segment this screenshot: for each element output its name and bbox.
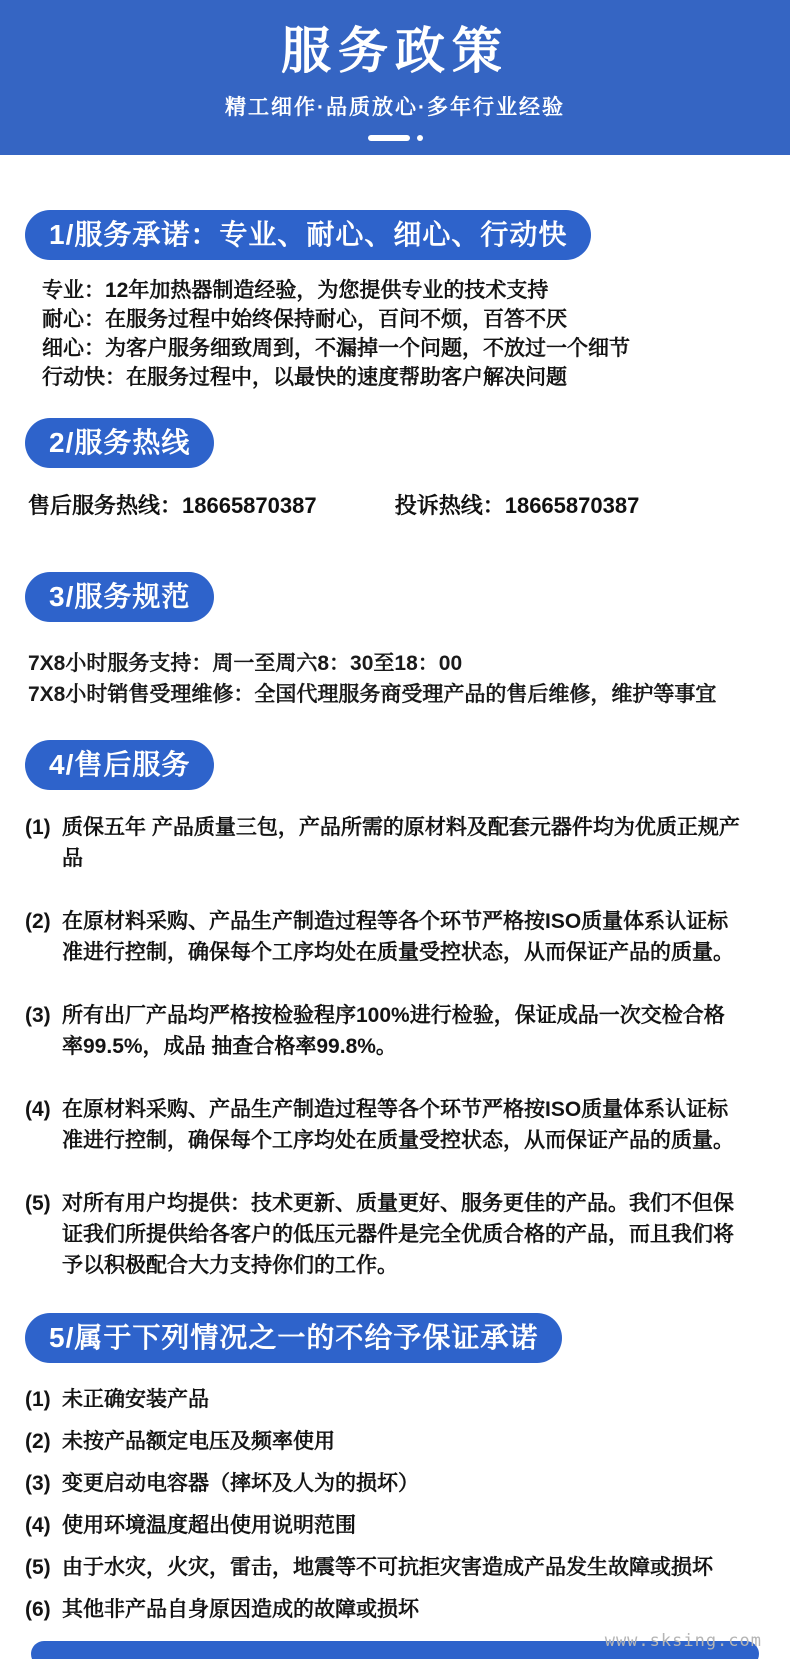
item-text: 由于水灾，火灾，雷击，地震等不可抗拒灾害造成产品发生故障或损坏 xyxy=(62,1556,713,1579)
after-sales-list: (1) 质保五年 产品质量三包，产品所需的原材料及配套元器件均为优质正规产品 (… xyxy=(0,812,790,1281)
item-text: 使用环境温度超出使用说明范围 xyxy=(62,1514,356,1537)
list-item: (3) 所有出厂产品均严格按检验程序100%进行检验，保证成品一次交检合格率99… xyxy=(25,1000,740,1062)
hotline-row: 售后服务热线：18665870387 投诉热线：18665870387 xyxy=(28,492,790,520)
promise-line: 行动快：在服务过程中，以最快的速度帮助客户解决问题 xyxy=(42,363,760,392)
item-number: (5) xyxy=(25,1188,51,1219)
watermark: www.sksing.com xyxy=(605,1631,762,1651)
header-divider-ornament xyxy=(0,135,790,141)
list-item: (1) 质保五年 产品质量三包，产品所需的原材料及配套元器件均为优质正规产品 xyxy=(25,812,740,874)
service-policy-page: 服务政策 精工细作·品质放心·多年行业经验 1/服务承诺：专业、耐心、细心、行动… xyxy=(0,0,790,1659)
page-title: 服务政策 xyxy=(0,24,790,79)
item-text: 对所有用户均提供：技术更新、质量更好、服务更佳的产品。我们不但保证我们所提供给各… xyxy=(62,1192,734,1277)
item-number: (3) xyxy=(25,1471,51,1497)
complaint-hotline: 投诉热线：18665870387 xyxy=(395,493,640,518)
item-text: 在原材料采购、产品生产制造过程等各个环节严格按ISO质量体系认证标准进行控制，确… xyxy=(62,910,734,964)
promise-line: 细心：为客户服务细致周到，不漏掉一个问题，不放过一个细节 xyxy=(42,334,760,363)
item-text: 未正确安装产品 xyxy=(62,1388,209,1411)
standard-line: 7X8小时销售受理维修：全国代理服务商受理产品的售后维修，维护等事宜 xyxy=(28,679,760,710)
exclusions-list: (1) 未正确安装产品 (2) 未按产品额定电压及频率使用 (3) 变更启动电容… xyxy=(0,1387,790,1623)
section-5-heading-pill: 5/属于下列情况之一的不给予保证承诺 xyxy=(25,1313,562,1363)
item-number: (5) xyxy=(25,1555,51,1581)
list-item: (4) 使用环境温度超出使用说明范围 xyxy=(25,1513,740,1539)
section-service-promise: 1/服务承诺：专业、耐心、细心、行动快 专业：12年加热器制造经验，为您提供专业… xyxy=(0,210,790,392)
list-item: (5) 由于水灾，火灾，雷击，地震等不可抗拒灾害造成产品发生故障或损坏 xyxy=(25,1555,740,1581)
promise-line: 耐心：在服务过程中始终保持耐心，百问不烦，百答不厌 xyxy=(42,305,760,334)
item-number: (1) xyxy=(25,1387,51,1413)
item-text: 所有出厂产品均严格按检验程序100%进行检验，保证成品一次交检合格率99.5%，… xyxy=(62,1004,725,1058)
item-text: 其他非产品自身原因造成的故障或损坏 xyxy=(62,1598,419,1621)
list-item: (1) 未正确安装产品 xyxy=(25,1387,740,1413)
list-item: (5) 对所有用户均提供：技术更新、质量更好、服务更佳的产品。我们不但保证我们所… xyxy=(25,1188,740,1281)
standard-line: 7X8小时服务支持：周一至周六8：30至18：00 xyxy=(28,648,760,679)
section-1-body: 专业：12年加热器制造经验，为您提供专业的技术支持 耐心：在服务过程中始终保持耐… xyxy=(42,276,760,392)
item-number: (2) xyxy=(25,1429,51,1455)
section-3-body: 7X8小时服务支持：周一至周六8：30至18：00 7X8小时销售受理维修：全国… xyxy=(28,648,760,710)
divider-bar xyxy=(368,135,410,141)
section-after-sales: 4/售后服务 (1) 质保五年 产品质量三包，产品所需的原材料及配套元器件均为优… xyxy=(0,740,790,1281)
list-item: (2) 在原材料采购、产品生产制造过程等各个环节严格按ISO质量体系认证标准进行… xyxy=(25,906,740,968)
section-1-heading-pill: 1/服务承诺：专业、耐心、细心、行动快 xyxy=(25,210,591,260)
section-3-heading-pill: 3/服务规范 xyxy=(25,572,214,622)
list-item: (3) 变更启动电容器（摔坏及人为的损坏） xyxy=(25,1471,740,1497)
section-2-heading-pill: 2/服务热线 xyxy=(25,418,214,468)
page-subtitle: 精工细作·品质放心·多年行业经验 xyxy=(0,91,790,121)
item-text: 未按产品额定电压及频率使用 xyxy=(62,1430,335,1453)
item-number: (2) xyxy=(25,906,51,937)
promise-line: 专业：12年加热器制造经验，为您提供专业的技术支持 xyxy=(42,276,760,305)
section-service-hotline: 2/服务热线 售后服务热线：18665870387 投诉热线：186658703… xyxy=(0,418,790,520)
item-number: (1) xyxy=(25,812,51,843)
list-item: (2) 未按产品额定电压及频率使用 xyxy=(25,1429,740,1455)
page-header: 服务政策 精工细作·品质放心·多年行业经验 xyxy=(0,0,790,155)
item-text: 质保五年 产品质量三包，产品所需的原材料及配套元器件均为优质正规产品 xyxy=(62,816,740,870)
section-warranty-exclusions: 5/属于下列情况之一的不给予保证承诺 (1) 未正确安装产品 (2) 未按产品额… xyxy=(0,1313,790,1623)
item-text: 变更启动电容器（摔坏及人为的损坏） xyxy=(62,1472,419,1495)
list-item: (4) 在原材料采购、产品生产制造过程等各个环节严格按ISO质量体系认证标准进行… xyxy=(25,1094,740,1156)
item-number: (4) xyxy=(25,1094,51,1125)
list-item: (6) 其他非产品自身原因造成的故障或损坏 xyxy=(25,1597,740,1623)
divider-dot xyxy=(417,135,423,141)
item-number: (4) xyxy=(25,1513,51,1539)
section-4-heading-pill: 4/售后服务 xyxy=(25,740,214,790)
item-text: 在原材料采购、产品生产制造过程等各个环节严格按ISO质量体系认证标准进行控制，确… xyxy=(62,1098,734,1152)
after-sales-hotline: 售后服务热线：18665870387 xyxy=(28,493,317,518)
item-number: (3) xyxy=(25,1000,51,1031)
item-number: (6) xyxy=(25,1597,51,1623)
section-service-standard: 3/服务规范 7X8小时服务支持：周一至周六8：30至18：00 7X8小时销售… xyxy=(0,572,790,710)
